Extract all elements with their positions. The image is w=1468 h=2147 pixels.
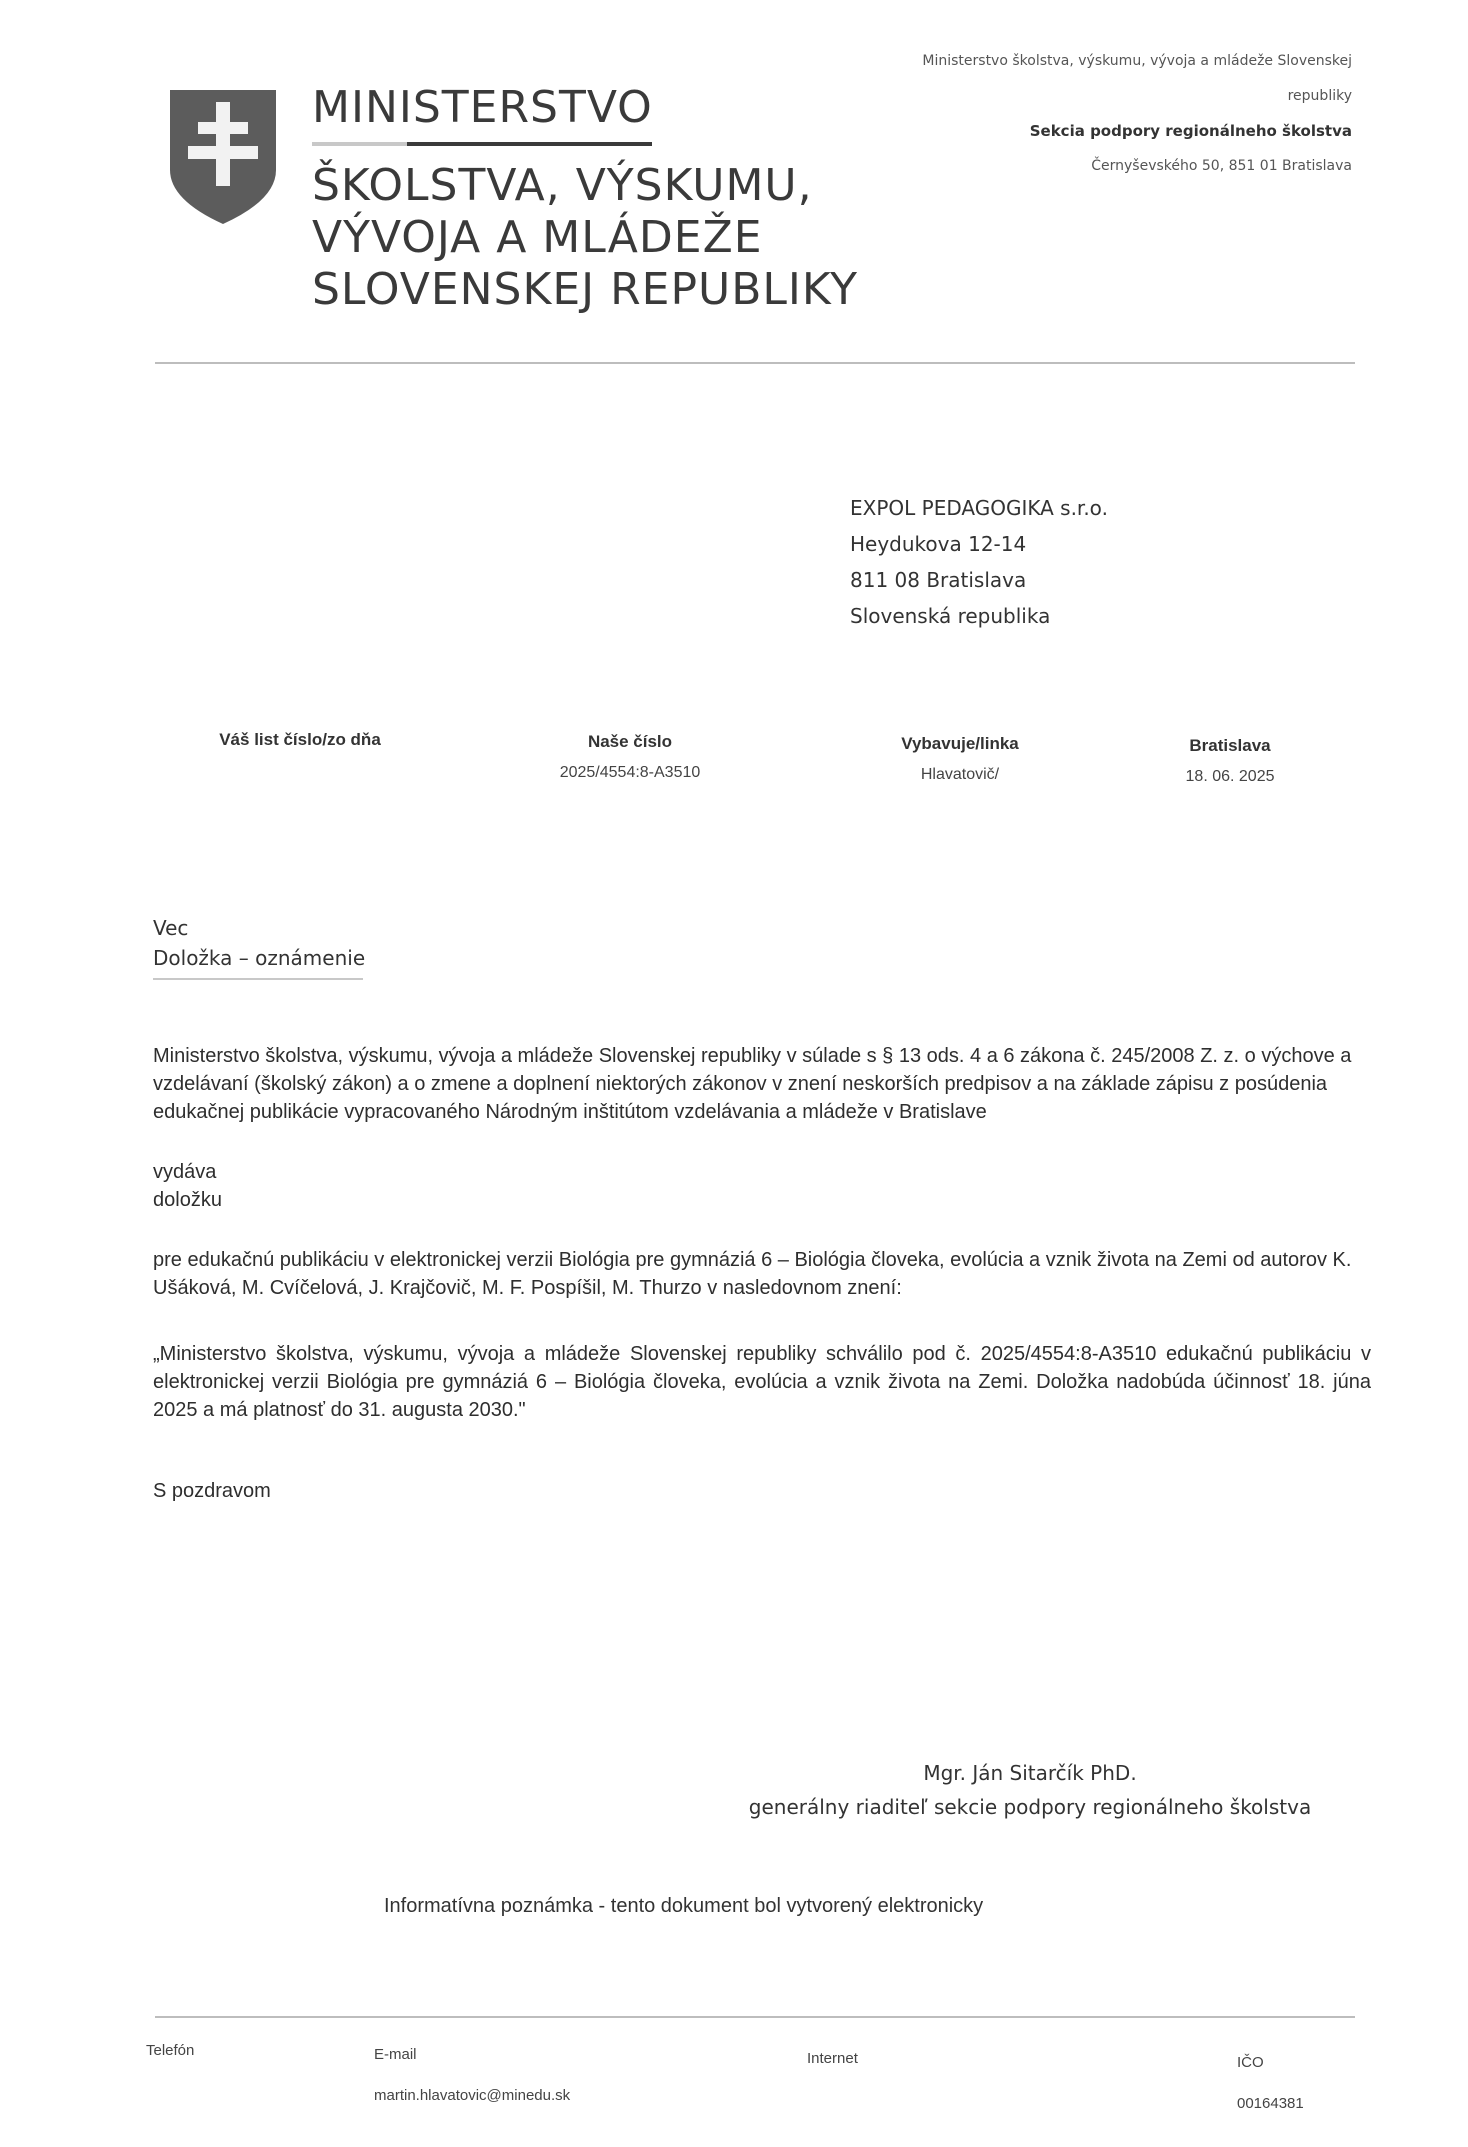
ico-label: IČO — [1237, 2054, 1304, 2071]
recipient-street: Heydukova 12-14 — [850, 526, 1108, 562]
subject-text: Doložka – oznámenie — [153, 943, 365, 973]
internet-label: Internet — [807, 2050, 858, 2067]
subject-underline — [153, 978, 363, 980]
body-issues: vydáva doložku — [153, 1158, 1371, 1214]
slovak-crest-icon — [168, 88, 278, 226]
logo-line-2: ŠKOLSTVA, VÝSKUMU, — [312, 160, 858, 212]
ico-value: 00164381 — [1237, 2095, 1304, 2112]
signature-block: Mgr. Ján Sitarčík PhD. generálny riadite… — [700, 1756, 1360, 1824]
footer-ico: IČO 00164381 — [1237, 2054, 1304, 2112]
recipient-city: 811 08 Bratislava — [850, 562, 1108, 598]
issues-line-1: vydáva — [153, 1158, 1371, 1186]
subject-label: Vec — [153, 913, 365, 943]
body-intro: Ministerstvo školstva, výskumu, vývoja a… — [153, 1042, 1371, 1126]
sender-block: Ministerstvo školstva, výskumu, vývoja a… — [922, 44, 1352, 184]
footer-email: E-mail martin.hlavatovic@minedu.sk — [374, 2046, 570, 2104]
logo-line-3: VÝVOJA A MLÁDEŽE — [312, 212, 858, 264]
signatory-name: Mgr. Ján Sitarčík PhD. — [700, 1756, 1360, 1790]
phone-label: Telefón — [146, 2042, 194, 2059]
subject-block: Vec Doložka – oznámenie — [153, 913, 365, 973]
ref-value: 18. 06. 2025 — [1150, 768, 1310, 786]
informative-note: Informatívna poznámka - tento dokument b… — [384, 1895, 983, 1918]
sender-address: Černyševského 50, 851 01 Bratislava — [922, 149, 1352, 184]
sender-line-2: republiky — [922, 79, 1352, 114]
ref-label: Bratislava — [1150, 736, 1310, 756]
ref-your-letter: Váš list číslo/zo dňa — [200, 730, 400, 762]
ref-place-date: Bratislava 18. 06. 2025 — [1150, 736, 1310, 786]
sender-section: Sekcia podpory regionálneho školstva — [922, 114, 1352, 149]
header-divider — [155, 362, 1355, 364]
footer-divider — [155, 2016, 1355, 2018]
email-value[interactable]: martin.hlavatovic@minedu.sk — [374, 2087, 570, 2104]
issues-line-2: doložku — [153, 1186, 1371, 1214]
ref-value: 2025/4554:8-A3510 — [520, 764, 740, 782]
body-publication: pre edukačnú publikáciu v elektronickej … — [153, 1246, 1371, 1302]
sender-line-1: Ministerstvo školstva, výskumu, vývoja a… — [922, 44, 1352, 79]
body-quote: „Ministerstvo školstva, výskumu, vývoja … — [153, 1340, 1371, 1424]
recipient-country: Slovenská republika — [850, 598, 1108, 634]
recipient-address: EXPOL PEDAGOGIKA s.r.o. Heydukova 12-14 … — [850, 490, 1108, 634]
ref-label: Naše číslo — [520, 732, 740, 752]
ref-label: Váš list číslo/zo dňa — [200, 730, 400, 750]
ref-label: Vybavuje/linka — [850, 734, 1070, 754]
footer-internet: Internet — [807, 2050, 858, 2067]
ref-handled-by: Vybavuje/linka Hlavatovič/ — [850, 734, 1070, 784]
logo-line-4: SLOVENSKEJ REPUBLIKY — [312, 264, 858, 316]
ref-our-number: Naše číslo 2025/4554:8-A3510 — [520, 732, 740, 782]
logo-line-1: MINISTERSTVO — [312, 82, 858, 134]
signatory-title: generálny riaditeľ sekcie podpory region… — [700, 1790, 1360, 1824]
footer-phone: Telefón — [146, 2042, 194, 2059]
recipient-name: EXPOL PEDAGOGIKA s.r.o. — [850, 490, 1108, 526]
ministry-logo-text: MINISTERSTVO ŠKOLSTVA, VÝSKUMU, VÝVOJA A… — [312, 82, 858, 316]
email-label: E-mail — [374, 2046, 570, 2063]
logo-rule — [312, 142, 652, 146]
closing-greeting: S pozdravom — [153, 1477, 1371, 1505]
ref-value: Hlavatovič/ — [850, 766, 1070, 784]
